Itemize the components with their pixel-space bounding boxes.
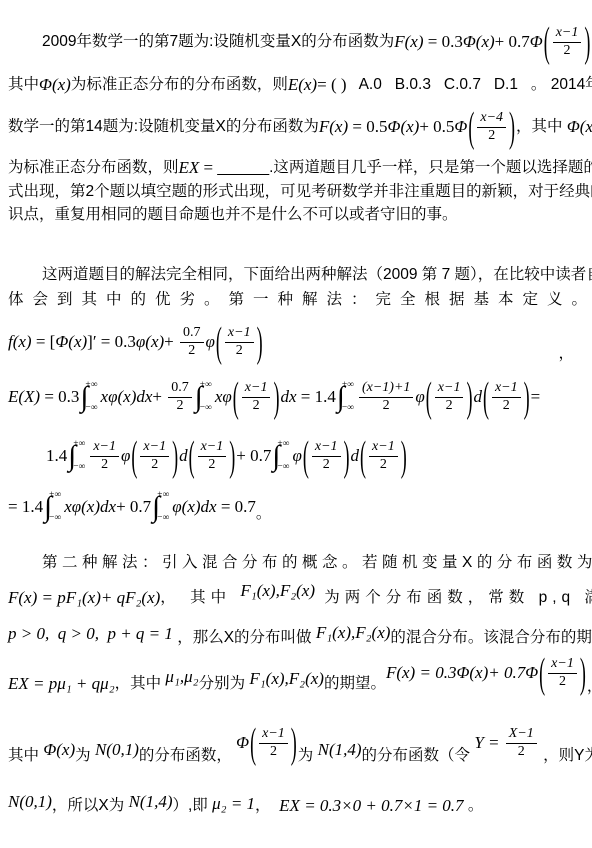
text-run: 的分布函数， <box>139 746 236 766</box>
integral-upper-limit: +∞ <box>200 381 212 391</box>
text-run: 体会到其中的优劣。第一种解法：完全根据基本定义。 <box>8 290 592 310</box>
text-run: A.0 B.0.3 C.0.7 D.1 。 2014年 <box>347 75 592 95</box>
fraction-numerator: x−1 <box>548 656 577 674</box>
left-paren: ( <box>233 376 239 418</box>
fraction-numerator: x−1 <box>90 439 119 457</box>
right-paren: ) <box>229 435 235 477</box>
para3-line2: F(x) = pF₁(x)+ qF₂(x)， 其中 F₁(x),F₂(x) 为两… <box>8 576 584 620</box>
integral-lower-limit: −∞ <box>200 404 212 414</box>
math-run: E(X) <box>8 387 40 407</box>
integral-lower-limit: −∞ <box>342 404 354 414</box>
math-run: Φ(x) <box>463 32 495 52</box>
fraction: 0.72 <box>180 325 204 360</box>
text-run: 为 <box>298 746 318 766</box>
integral-limits: +∞−∞ <box>157 491 169 523</box>
math-run: EX = 0.3×0 + 0.7×1 = 0.7 <box>279 796 463 816</box>
fraction-numerator: x−1 <box>198 439 227 457</box>
integral-lower-limit: −∞ <box>85 404 97 414</box>
text-run: 其中 <box>8 75 39 95</box>
math-run: φ <box>415 387 424 407</box>
integral-sign: ∫+∞−∞ <box>80 381 98 413</box>
fraction-denominator: 2 <box>561 43 574 60</box>
fraction-denominator: 2 <box>185 343 198 360</box>
math-run: = 0.7 <box>217 497 256 517</box>
math-run: = [ <box>32 332 56 352</box>
fraction-numerator: 0.7 <box>180 325 204 343</box>
fraction-numerator: x−1 <box>242 380 271 398</box>
right-paren: ) <box>291 722 297 764</box>
fraction: 0.72 <box>168 380 192 415</box>
fraction-denominator: 2 <box>380 398 393 415</box>
fraction-denominator: 2 <box>556 674 569 691</box>
math-run: Φ(x) <box>388 117 420 137</box>
para3-line1: 第二种解法：引入混合分布的概念。若随机变量X的分布函数为 <box>8 550 584 576</box>
fraction-denominator: 2 <box>174 398 187 415</box>
math-run: = 0.3 <box>424 32 463 52</box>
para1-line4: 为标准正态分布函数，则EX = ______.这两道题目几乎一样，只是第一个题以… <box>8 156 584 181</box>
fraction-denominator: 2 <box>443 398 456 415</box>
fraction-numerator: x−1 <box>140 439 169 457</box>
integral-upper-limit: +∞ <box>49 491 61 501</box>
text-run: 。 <box>464 796 484 816</box>
fraction-denominator: 2 <box>205 457 218 474</box>
fraction-denominator: 2 <box>485 128 498 145</box>
integral-sign: ∫+∞−∞ <box>195 381 213 413</box>
text-run: 这两道题目的解法完全相同，下面给出两种解法（2009 第 7 题），在比较中读者… <box>42 265 592 285</box>
fraction-numerator: 0.7 <box>168 380 192 398</box>
left-paren: ( <box>483 376 489 418</box>
fraction-numerator: x−1 <box>553 25 582 43</box>
fraction: x−12 <box>140 439 169 474</box>
math-run: xφ <box>215 387 232 407</box>
para1-line2: 其中Φ(x)为标准正态分布的分布函数，则E(x)= ( ) A.0 B.0.3 … <box>8 72 584 98</box>
math-run: F₁(x),F₂(x) <box>249 669 324 689</box>
text-run: 的分布函数（令 <box>362 746 475 766</box>
fraction: (x−1)+12 <box>359 380 413 415</box>
trailing-comma: ， <box>558 344 574 364</box>
integral-sign: ∫+∞−∞ <box>337 381 355 413</box>
math-run: + 0.7 <box>495 32 530 52</box>
text-run: 的混合分布。该混合分布的期望 <box>390 628 592 648</box>
math-run: = 0.3 <box>40 387 79 407</box>
math-run: = <box>531 387 541 407</box>
para1-line1: 2009年数学一的第7题为:设随机变量X的分布函数为F(x) = 0.3Φ(x)… <box>8 12 584 72</box>
fraction: x−42 <box>477 110 506 145</box>
text-run: 的期望。 <box>324 674 386 694</box>
text-run: 第二种解法：引入混合分布的概念。若随机变量X的分布函数为 <box>42 553 592 573</box>
integral-limits: +∞−∞ <box>342 381 354 413</box>
right-paren: ) <box>584 21 590 63</box>
fraction-numerator: x−4 <box>477 110 506 128</box>
math-run: dx <box>280 387 296 407</box>
math-run: Φ <box>530 32 543 52</box>
right-paren: ) <box>401 435 407 477</box>
left-paren: ( <box>131 435 137 477</box>
integral-lower-limit: −∞ <box>73 463 85 473</box>
math-run: Φ(x) <box>43 740 75 760</box>
integral-limits: +∞−∞ <box>49 491 61 523</box>
fraction-numerator: x−1 <box>492 380 521 398</box>
integral-sign: ∫+∞−∞ <box>152 491 170 523</box>
text-run: 为两个分布函数，常数 p,q 满足： <box>315 588 592 608</box>
para3-line4: EX = pμ₁ + qμ₂，其中 μ₁,μ₂分别为 F₁(x),F₂(x)的期… <box>8 656 584 712</box>
text-run: ，那么X的分布叫做 <box>173 628 316 648</box>
left-paren: ( <box>303 435 309 477</box>
right-paren: ) <box>344 435 350 477</box>
formula-ex-2: 1.4∫+∞−∞x−12φ(x−12)d(x−12)+ 0.7∫+∞−∞φ(x−… <box>8 426 584 486</box>
math-run: ]′ = 0.3 <box>87 332 136 352</box>
math-run: d <box>351 446 360 466</box>
fraction-denominator: 2 <box>98 457 111 474</box>
left-paren: ( <box>544 21 550 63</box>
math-run: F(x) = pF₁(x)+ qF₂(x) <box>8 588 160 608</box>
right-paren: ) <box>466 376 472 418</box>
fraction: x−12 <box>259 726 288 761</box>
math-run: φ <box>121 446 130 466</box>
math-run: Φ(x) <box>39 75 71 95</box>
text-run: 为标准正态分布函数，则 <box>8 158 179 178</box>
math-run: = 0.5 <box>348 117 387 137</box>
math-run: F₁(x),F₂(x) <box>240 581 315 601</box>
fraction-denominator: 2 <box>500 398 513 415</box>
math-run: φ(x) <box>136 332 164 352</box>
right-paren: ) <box>524 376 530 418</box>
para2-line2: 体会到其中的优劣。第一种解法：完全根据基本定义。 <box>8 288 584 312</box>
fraction-numerator: x−1 <box>259 726 288 744</box>
para1-line5: 式出现，第2个题以填空题的形式出现，可见考研数学并非注重题目的新颖，对于经典的知 <box>8 181 584 204</box>
text-run: ）,即 <box>173 796 213 816</box>
text-run: 分别为 <box>199 674 250 694</box>
fraction: x−12 <box>225 325 254 360</box>
fraction-denominator: 2 <box>267 744 280 761</box>
math-run: = 1.4 <box>8 497 43 517</box>
integral-limits: +∞−∞ <box>277 440 289 472</box>
text-run: 其中 <box>8 746 43 766</box>
left-paren: ( <box>216 321 222 363</box>
math-run: Φ <box>236 733 249 753</box>
fraction-numerator: x−1 <box>435 380 464 398</box>
right-paren: ) <box>257 321 263 363</box>
fraction-numerator: (x−1)+1 <box>359 380 413 398</box>
math-run: φ(x)dx <box>172 497 216 517</box>
math-run: φ <box>206 332 215 352</box>
math-run: xφ(x)dx <box>64 497 116 517</box>
integral-limits: +∞−∞ <box>85 381 97 413</box>
integral-limits: +∞−∞ <box>200 381 212 413</box>
math-run: + 0.5 <box>419 117 454 137</box>
math-run: 1.4 <box>46 446 67 466</box>
fraction-denominator: 2 <box>377 457 390 474</box>
math-run: N(0,1) <box>8 792 52 812</box>
integral-limits: +∞−∞ <box>73 440 85 472</box>
para3-line3: p > 0, q > 0, p + q = 1 ，那么X的分布叫做 F₁(x),… <box>8 620 584 656</box>
math-run: Y = <box>474 733 503 753</box>
fraction: x−12 <box>90 439 119 474</box>
integral-lower-limit: −∞ <box>157 514 169 524</box>
para2-line1: 这两道题目的解法完全相同，下面给出两种解法（2009 第 7 题），在比较中读者… <box>8 263 584 288</box>
text-run: ，其中 <box>516 117 567 137</box>
fraction-numerator: X−1 <box>506 726 537 744</box>
fraction: x−12 <box>312 439 341 474</box>
fraction-denominator: 2 <box>515 744 528 761</box>
fraction-denominator: 2 <box>320 457 333 474</box>
fraction-numerator: x−1 <box>225 325 254 343</box>
text-run: ，其中 <box>115 674 166 694</box>
para1-line3: 数学一的第14题为:设随机变量X的分布函数为F(x) = 0.5Φ(x)+ 0.… <box>8 98 584 156</box>
math-run: = 1.4 <box>297 387 336 407</box>
text-run: 数学一的第14题为:设随机变量X的分布函数为 <box>8 117 319 137</box>
text-run: 2009年数学一的第7题为:设随机变量X的分布函数为 <box>42 32 394 52</box>
integral-upper-limit: +∞ <box>342 381 354 391</box>
math-run: EX <box>179 158 200 178</box>
math-run: Φ(x) <box>55 332 87 352</box>
fraction: x−12 <box>242 380 271 415</box>
integral-lower-limit: −∞ <box>277 463 289 473</box>
left-paren: ( <box>539 652 545 694</box>
math-run: N(1,4) <box>129 792 173 812</box>
math-run: μ₂ = 1 <box>212 794 255 814</box>
fraction: x−12 <box>369 439 398 474</box>
math-run: + <box>152 387 166 407</box>
fraction: x−12 <box>435 380 464 415</box>
fraction-numerator: x−1 <box>369 439 398 457</box>
right-paren: ) <box>509 106 515 148</box>
fraction: x−12 <box>548 656 577 691</box>
math-run: p > 0, q > 0, p + q = 1 <box>8 624 173 644</box>
document-page: 2009年数学一的第7题为:设随机变量X的分布函数为F(x) = 0.3Φ(x)… <box>0 0 592 848</box>
text-run: 为 <box>75 746 95 766</box>
text-run: ，则Y为 <box>539 746 592 766</box>
fraction-numerator: x−1 <box>312 439 341 457</box>
fraction: x−12 <box>553 25 582 60</box>
integral-sign: ∫+∞−∞ <box>44 491 62 523</box>
math-run: E(x) <box>288 75 317 95</box>
math-run: φ <box>292 446 301 466</box>
integral-sign: ∫+∞−∞ <box>68 440 86 472</box>
fraction-denominator: 2 <box>148 457 161 474</box>
integral-sign: ∫+∞−∞ <box>272 440 290 472</box>
math-run: N(1,4) <box>318 740 362 760</box>
para3-line5: 其中 Φ(x)为 N(0,1)的分布函数， Φ(x−12)为 N(1,4)的分布… <box>8 724 584 788</box>
text-run: ， <box>587 677 592 697</box>
text-run: 为标准正态分布的分布函数，则 <box>71 75 288 95</box>
fraction: X−12 <box>506 726 537 761</box>
math-run: EX = pμ₁ + qμ₂ <box>8 674 115 694</box>
text-run: 识点，重复用相同的题目命题也并不是什么不可以或者守旧的事。 <box>8 205 458 225</box>
right-paren: ) <box>580 652 586 694</box>
fraction-denominator: 2 <box>250 398 263 415</box>
math-run: μ₁,μ₂ <box>165 667 198 687</box>
math-run: = <box>199 158 217 178</box>
math-run: + 0.7 <box>116 497 151 517</box>
left-paren: ( <box>189 435 195 477</box>
math-run: F₁(x),F₂(x) <box>316 623 391 643</box>
text-run: ______.这两道题目几乎一样，只是第一个题以选择题的形 <box>217 158 592 178</box>
fraction: x−12 <box>198 439 227 474</box>
left-paren: ( <box>426 376 432 418</box>
math-run: f(x) <box>8 332 32 352</box>
math-run: d <box>473 387 482 407</box>
math-run: + <box>164 332 178 352</box>
integral-lower-limit: −∞ <box>49 514 61 524</box>
formula-fx: f(x) = [Φ(x)]′ = 0.3φ(x)+ 0.72φ(x−12)， <box>8 316 584 368</box>
math-run: F(x) <box>319 117 348 137</box>
math-run: d <box>179 446 188 466</box>
math-run: = ( ) <box>317 75 346 95</box>
fraction-denominator: 2 <box>233 343 246 360</box>
left-paren: ( <box>468 106 474 148</box>
math-run: N(0,1) <box>95 740 139 760</box>
text-run: 式出现，第2个题以填空题的形式出现，可见考研数学并非注重题目的新颖，对于经典的知 <box>8 182 592 202</box>
text-run: ， <box>255 796 279 816</box>
integral-upper-limit: +∞ <box>157 491 169 501</box>
formula-ex-1: E(X) = 0.3∫+∞−∞xφ(x)dx+ 0.72∫+∞−∞xφ(x−12… <box>8 368 584 426</box>
left-paren: ( <box>250 722 256 764</box>
right-paren: ) <box>273 376 279 418</box>
math-run: F(x) = 0.3Φ(x)+ 0.7Φ <box>386 663 538 683</box>
math-run: Φ <box>454 117 467 137</box>
math-run: Φ(x) <box>567 117 592 137</box>
fraction: x−12 <box>492 380 521 415</box>
integral-upper-limit: +∞ <box>85 381 97 391</box>
text-run: 。 <box>256 504 272 524</box>
right-paren: ) <box>172 435 178 477</box>
text-run: ，所以X为 <box>52 796 129 816</box>
math-run: xφ(x)dx <box>101 387 153 407</box>
para1-line6: 识点，重复用相同的题目命题也并不是什么不可以或者守旧的事。 <box>8 204 584 227</box>
formula-ex-3: = 1.4∫+∞−∞xφ(x)dx+ 0.7∫+∞−∞φ(x)dx = 0.7。 <box>8 486 584 528</box>
para3-line6: N(0,1)，所以X为 N(1,4)）,即 μ₂ = 1， EX = 0.3×0… <box>8 788 584 824</box>
left-paren: ( <box>360 435 366 477</box>
integral-upper-limit: +∞ <box>277 440 289 450</box>
math-run: F(x) <box>394 32 423 52</box>
text-run: ， 其中 <box>160 588 240 608</box>
integral-upper-limit: +∞ <box>73 440 85 450</box>
math-run: + 0.7 <box>236 446 271 466</box>
